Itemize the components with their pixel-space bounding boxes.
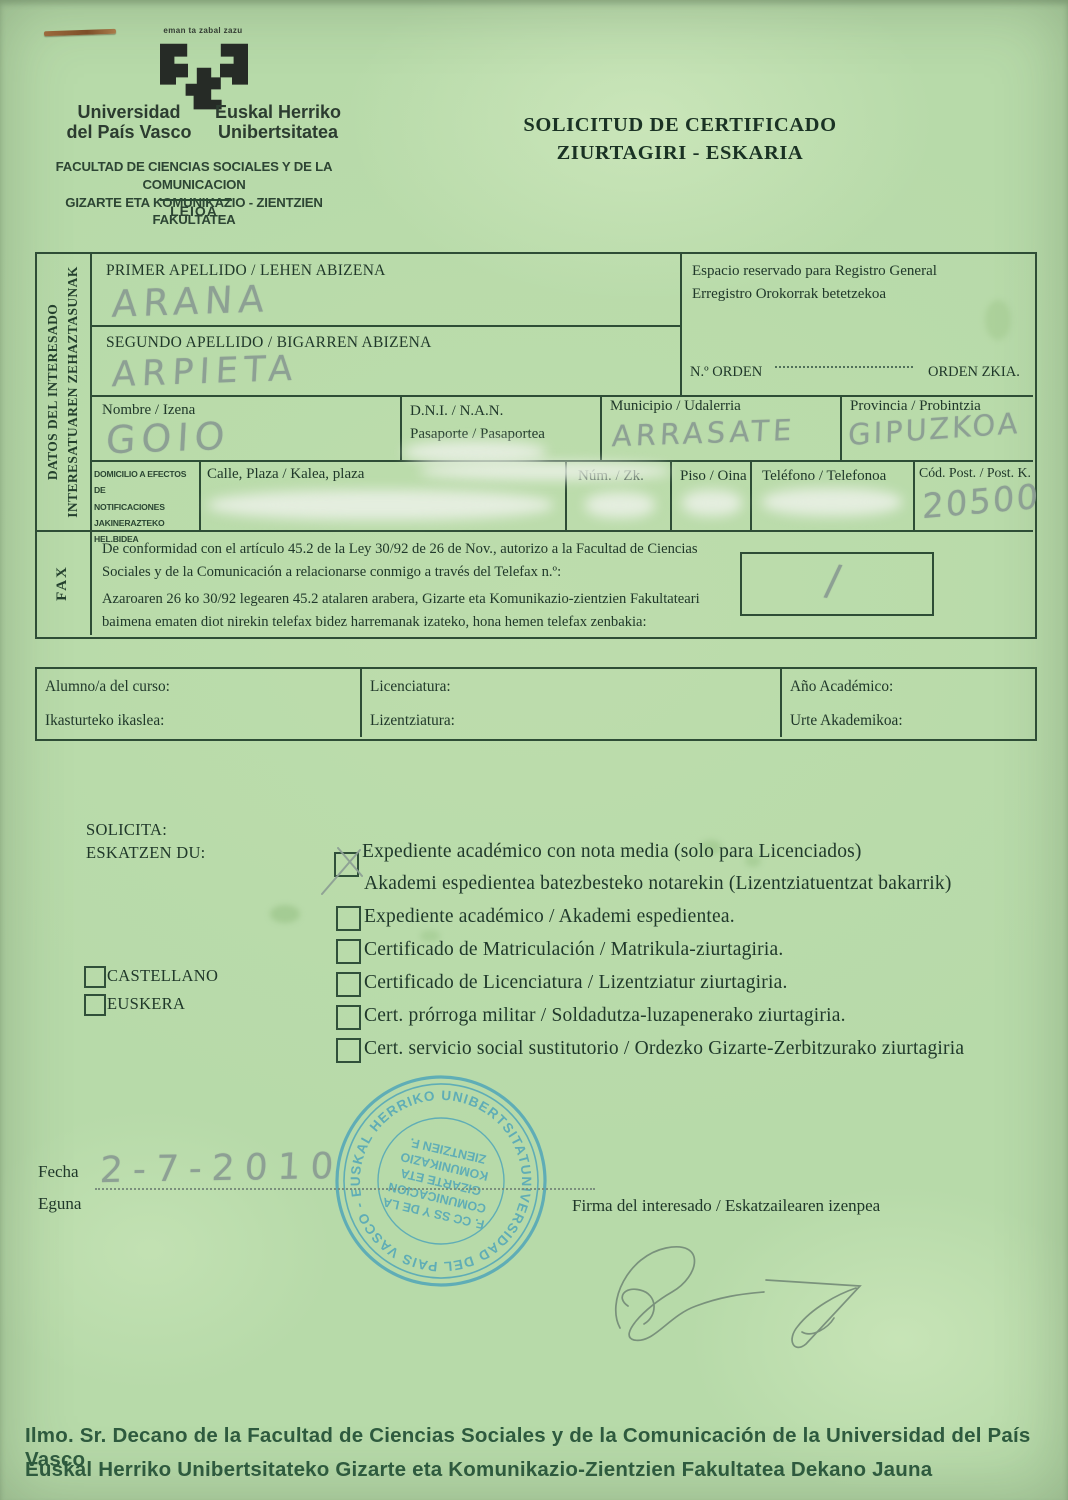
grid-line	[670, 460, 672, 530]
datos-sidebar-line2: INTERESATUAREN ZEHAZTASUNAK	[63, 266, 83, 517]
ano-academico-label-eu: Urte Akademikoa:	[790, 712, 903, 730]
checkbox-euskera[interactable]	[84, 994, 106, 1016]
option-label: Cert. servicio social sustitutorio / Ord…	[364, 1038, 964, 1060]
domicilio-label-line1: DOMICILIO A EFECTOS DE	[94, 466, 196, 499]
university-motto: eman ta zabal zazu	[150, 26, 256, 35]
fax-text-es: De conformidad con el artículo 45.2 de l…	[102, 538, 734, 583]
option-label: Expediente académico / Akademi espedient…	[364, 906, 735, 928]
university-name-eu-line1: Euskal Herriko	[203, 102, 353, 122]
fecha-label: Fecha	[38, 1162, 79, 1182]
university-name-es-line2: del País Vasco	[60, 122, 198, 142]
footer-address-line2: Euskal Herriko Unibertsitateko Gizarte e…	[25, 1458, 1055, 1482]
fax-sidebar-label: FAX	[51, 543, 73, 623]
registro-note: Espacio reservado para Registro General …	[692, 260, 937, 305]
signature[interactable]	[588, 1232, 898, 1368]
form-title-line2: ZIURTAGIRI - ESKARIA	[480, 140, 880, 168]
redaction-smudge	[404, 441, 546, 463]
grid-line	[600, 395, 602, 460]
domicilio-label-line2: NOTIFICACIONES	[94, 499, 196, 515]
firma-label: Firma del interesado / Eskatzailearen iz…	[572, 1196, 880, 1216]
campus-divider	[160, 199, 232, 201]
datos-sidebar-label: DATOS DEL INTERESADO INTERESATUAREN ZEHA…	[40, 257, 86, 527]
grid-line	[750, 460, 752, 530]
grid-line	[913, 460, 915, 530]
fax-text-eu: Azaroaren 26 ko 30/92 legearen 45.2 atal…	[102, 588, 734, 633]
solicita-label-es: SOLICITA:	[86, 820, 167, 840]
redaction-smudge	[208, 490, 553, 520]
calle-label: Calle, Plaza / Kalea, plaza	[207, 466, 364, 483]
municipio-label: Municipio / Udalerria	[610, 398, 741, 415]
option-label: Expediente académico con nota media (sol…	[362, 841, 862, 863]
ano-academico-field[interactable]	[910, 672, 1028, 732]
option-label: Certificado de Matriculación / Matrikula…	[364, 939, 783, 961]
grid-line	[90, 325, 680, 327]
scanned-form-page: eman ta zabal zazu Universidad del País …	[0, 0, 1068, 1500]
grid-line	[400, 395, 402, 460]
date-field[interactable]: 2-7-2010	[99, 1146, 345, 1191]
paper-splotch	[270, 905, 300, 923]
eguna-label: Eguna	[38, 1194, 81, 1214]
alumno-field[interactable]	[200, 672, 355, 732]
solicita-label-eu: ESKATZEN DU:	[86, 843, 206, 863]
faculty-name-line1: FACULTAD DE CIENCIAS SOCIALES Y DE LA CO…	[26, 158, 362, 194]
university-name-es-line1: Universidad	[60, 102, 198, 122]
licenciatura-label-eu: Lizentziatura:	[370, 712, 455, 730]
checkbox-licenciatura[interactable]	[336, 972, 361, 997]
fax-number-value: /	[823, 555, 850, 606]
grid-line	[90, 395, 1033, 397]
orden-field[interactable]	[775, 366, 913, 368]
university-name-es: Universidad del País Vasco	[60, 102, 198, 142]
checkbox-castellano[interactable]	[84, 966, 106, 988]
orden-zkia-label: ORDEN ZKIA.	[928, 364, 1020, 381]
datos-sidebar-line1: DATOS DEL INTERESADO	[43, 266, 63, 517]
telefono-label: Teléfono / Telefonoa	[762, 468, 886, 485]
checkbox-expediente[interactable]	[336, 906, 361, 931]
redaction-smudge	[420, 462, 670, 480]
alumno-label-es: Alumno/a del curso:	[45, 678, 170, 696]
form-title: SOLICITUD DE CERTIFICADO ZIURTAGIRI - ES…	[480, 112, 880, 167]
segundo-apellido-field[interactable]: ARPIETA	[111, 349, 299, 396]
euskera-label: EUSKERA	[107, 994, 185, 1014]
castellano-label: CASTELLANO	[107, 966, 218, 986]
alumno-label-eu: Ikasturteko ikaslea:	[45, 712, 164, 730]
campus-name: LEIOA	[26, 203, 362, 219]
registro-note-line2: Erregistro Orokorrak betetzekoa	[692, 283, 937, 306]
university-name-eu-line2: Unibertsitatea	[203, 122, 353, 142]
ano-academico-label-es: Año Académico:	[790, 678, 893, 696]
licenciatura-field[interactable]	[500, 672, 775, 732]
domicilio-label: DOMICILIO A EFECTOS DE NOTIFICACIONES JA…	[94, 466, 196, 548]
orden-label: N.º ORDEN	[690, 364, 762, 381]
option-label: Akademi espedientea batezbesteko notarek…	[364, 873, 952, 895]
municipio-field[interactable]: ARRASATE	[611, 413, 796, 453]
checkbox-matriculacion[interactable]	[336, 939, 361, 964]
grid-line	[680, 252, 682, 395]
piso-label: Piso / Oina	[680, 468, 747, 485]
option-label: Cert. prórroga militar / Soldadutza-luza…	[364, 1005, 846, 1027]
faculty-rubber-stamp: UNIVERSIDAD DEL PAIS VASCO - EUSKAL HERR…	[328, 1062, 554, 1300]
option-label: Certificado de Licenciatura / Lizentziat…	[364, 972, 788, 994]
fax-number-field[interactable]: /	[740, 552, 934, 616]
grid-line	[840, 395, 842, 460]
grid-line	[90, 252, 92, 635]
checkbox-servicio-social[interactable]	[336, 1038, 361, 1063]
checkbox-prorroga-militar[interactable]	[336, 1005, 361, 1030]
redaction-smudge	[762, 488, 902, 516]
primer-apellido-field[interactable]: ARANA	[111, 277, 271, 326]
university-name-eu: Euskal Herriko Unibertsitatea	[203, 102, 353, 142]
staple	[44, 29, 116, 37]
dni-label-line1: D.N.I. / N.A.N.	[410, 400, 545, 423]
redaction-smudge	[682, 490, 742, 516]
registro-note-line1: Espacio reservado para Registro General	[692, 260, 937, 283]
grid-line	[780, 667, 782, 737]
nombre-field[interactable]: GOIO	[105, 414, 232, 462]
form-title-line1: SOLICITUD DE CERTIFICADO	[480, 112, 880, 140]
grid-line	[199, 460, 201, 530]
licenciatura-label-es: Licenciatura:	[370, 678, 451, 696]
redaction-smudge	[585, 492, 655, 518]
grid-line	[360, 667, 362, 737]
